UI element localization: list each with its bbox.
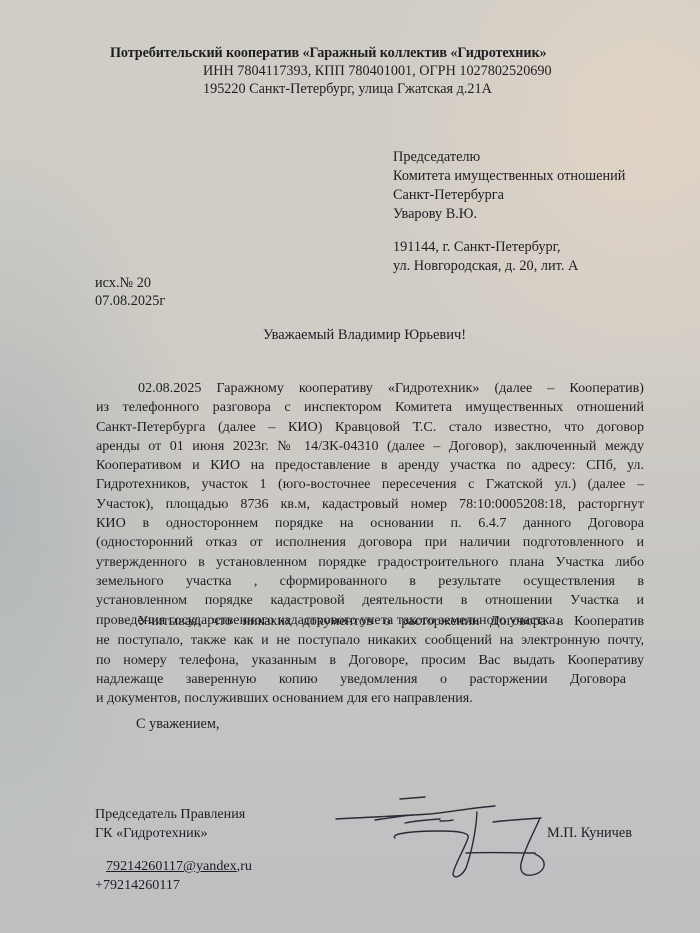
signer-org: ГК «Гидротехник»	[95, 824, 245, 843]
outgoing-date: 07.08.2025г	[95, 293, 165, 311]
email-tld: ,ru	[237, 858, 252, 874]
body-line: Учитывая, что никаких документов о расто…	[96, 612, 644, 631]
org-name: Потребительский кооператив «Гаражный кол…	[110, 45, 547, 62]
body-line: аренды от 01 июня 2023г. № 14/ЗК-04310 (…	[96, 437, 644, 456]
contact-phone: +79214260117	[95, 876, 252, 895]
body-paragraph-1: 02.08.2025 Гаражному кооперативу «Гидрот…	[96, 379, 644, 630]
body-line: надлежаще заверенную копию уведомления о…	[96, 670, 626, 689]
outgoing-reference: исх.№ 20 07.08.2025г	[95, 275, 165, 310]
outgoing-number: исх.№ 20	[95, 275, 165, 293]
signer-position: Председатель Правления	[95, 805, 245, 824]
letter-page: Потребительский кооператив «Гаражный кол…	[0, 0, 700, 933]
addressee-line: Санкт-Петербурга	[393, 186, 625, 205]
body-line: и документов, послуживших основанием для…	[96, 689, 644, 708]
body-line: 02.08.2025 Гаражному кооперативу «Гидрот…	[96, 379, 644, 398]
body-line: Участок), площадью 8736 кв.м, кадастровы…	[96, 495, 644, 514]
addressee-gap	[393, 224, 625, 238]
signer-title: Председатель Правления ГК «Гидротехник»	[95, 805, 245, 842]
body-line: из телефонного разговора с инспектором К…	[96, 398, 644, 417]
email-link[interactable]: 79214260117@yandex	[106, 858, 237, 874]
org-address: 195220 Санкт-Петербург, улица Гжатская д…	[203, 81, 492, 98]
body-line: Санкт-Петербурга (далее – КИО) Кравцовой…	[96, 418, 644, 437]
body-line: утвержденного в установленном порядке гр…	[96, 553, 644, 572]
addressee-line: Уварову В.Ю.	[393, 205, 625, 224]
body-line: КИО в одностороннем порядке на основании…	[96, 514, 644, 533]
salutation: Уважаемый Владимир Юрьевич!	[263, 327, 466, 344]
contact-email[interactable]: 79214260117@yandex,ru	[95, 857, 252, 876]
org-registration: ИНН 7804117393, КПП 780401001, ОГРН 1027…	[203, 63, 552, 80]
body-line: Гидротехников, участок 1 (юго-восточнее …	[96, 475, 644, 494]
contact-block: 79214260117@yandex,ru +79214260117	[95, 857, 252, 894]
addressee-line: Комитета имущественных отношений	[393, 167, 625, 186]
body-line: (односторонний отказ от исполнения догов…	[96, 533, 644, 552]
addressee-address-line: 191144, г. Санкт-Петербург,	[393, 238, 625, 257]
body-line: установленном порядке кадастровой деятел…	[96, 591, 644, 610]
signer-name: М.П. Куничев	[547, 825, 632, 842]
body-line: Кооперативом и КИО на предоставление в а…	[96, 456, 644, 475]
addressee-line: Председателю	[393, 148, 625, 167]
body-line: не поступало, также как и не поступало н…	[96, 631, 644, 650]
addressee-address-line: ул. Новгородская, д. 20, лит. А	[393, 257, 625, 276]
body-line: по номеру телефона, указанным в Договоре…	[96, 651, 644, 670]
closing-phrase: С уважением,	[136, 716, 219, 733]
addressee-block: Председателю Комитета имущественных отно…	[393, 148, 625, 276]
handwritten-signature-icon	[330, 790, 560, 880]
body-line: земельного участка , сформированного в р…	[96, 572, 644, 591]
body-paragraph-2: Учитывая, что никаких документов о расто…	[96, 612, 644, 708]
